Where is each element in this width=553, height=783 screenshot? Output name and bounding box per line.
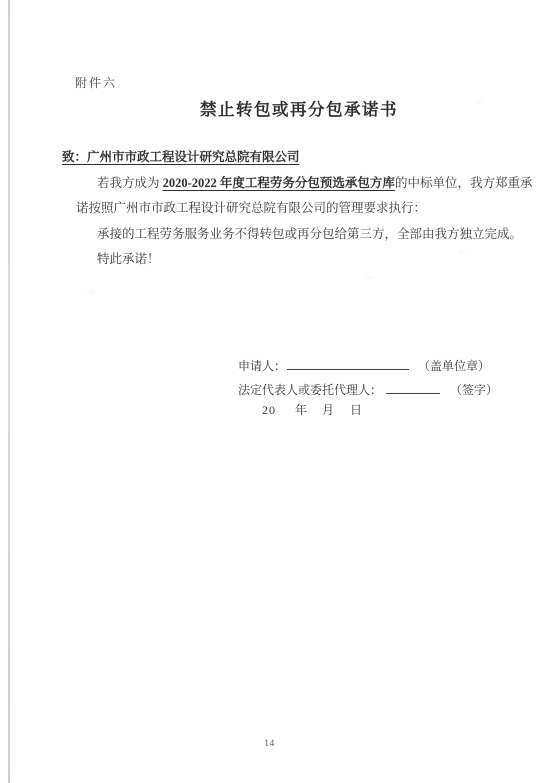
- para1-underlined-term: 2020-2022 年度工程劳务分包预选承包方库: [163, 176, 395, 190]
- page-number: 14: [0, 739, 539, 749]
- seal-note: （盖单位章）: [418, 359, 490, 373]
- applicant-label: 申请人：: [238, 359, 286, 373]
- body-line-2: 诺按照广州市市政工程设计研究总院有限公司的管理要求执行：: [76, 196, 516, 221]
- para1-tail: 的中标单位，我方郑重承: [395, 176, 533, 190]
- date-line: 20年月日: [262, 401, 363, 418]
- body-line-1: 若我方成为 2020-2022 年度工程劳务分包预选承包方库的中标单位，我方郑重…: [76, 171, 516, 196]
- para2-text: 承接的工程劳务服务业务不得转包或再分包给第三方，全部由我方独立完成。: [97, 227, 522, 241]
- para3-text: 特此承诺！: [97, 252, 160, 266]
- salutation-line: 致：广州市市政工程设计研究总院有限公司: [62, 147, 300, 165]
- legal-rep-label: 法定代表人或委托代理人：: [238, 383, 382, 397]
- body-text: 若我方成为 2020-2022 年度工程劳务分包预选承包方库的中标单位，我方郑重…: [76, 171, 516, 272]
- body-line-3: 承接的工程劳务服务业务不得转包或再分包给第三方，全部由我方独立完成。: [76, 222, 516, 247]
- attachment-label: 附件六: [75, 74, 117, 91]
- para1-lead: 若我方成为: [97, 176, 163, 190]
- date-year-prefix: 20: [262, 403, 276, 417]
- scan-artifact: [88, 290, 95, 293]
- date-month-unit: 月: [322, 403, 335, 417]
- body-line-4: 特此承诺！: [76, 247, 516, 272]
- legal-rep-signature-row: 法定代表人或委托代理人：（签字）: [238, 381, 498, 398]
- scan-artifact: [365, 276, 374, 279]
- para1-continuation: 诺按照广州市市政工程设计研究总院有限公司的管理要求执行：: [76, 201, 426, 215]
- scan-edge-line: [8, 0, 10, 783]
- applicant-signature-row: 申请人：（盖单位章）: [238, 357, 490, 374]
- document-title: 禁止转包或再分包承诺书: [45, 96, 553, 120]
- date-year-unit: 年: [295, 403, 308, 417]
- document-page: 附件六 禁止转包或再分包承诺书 致：广州市市政工程设计研究总院有限公司 若我方成…: [0, 0, 553, 783]
- sign-note: （签字）: [450, 383, 498, 397]
- applicant-fill-blank: [287, 357, 409, 370]
- date-day-unit: 日: [350, 403, 363, 417]
- legal-rep-fill-blank: [386, 381, 440, 394]
